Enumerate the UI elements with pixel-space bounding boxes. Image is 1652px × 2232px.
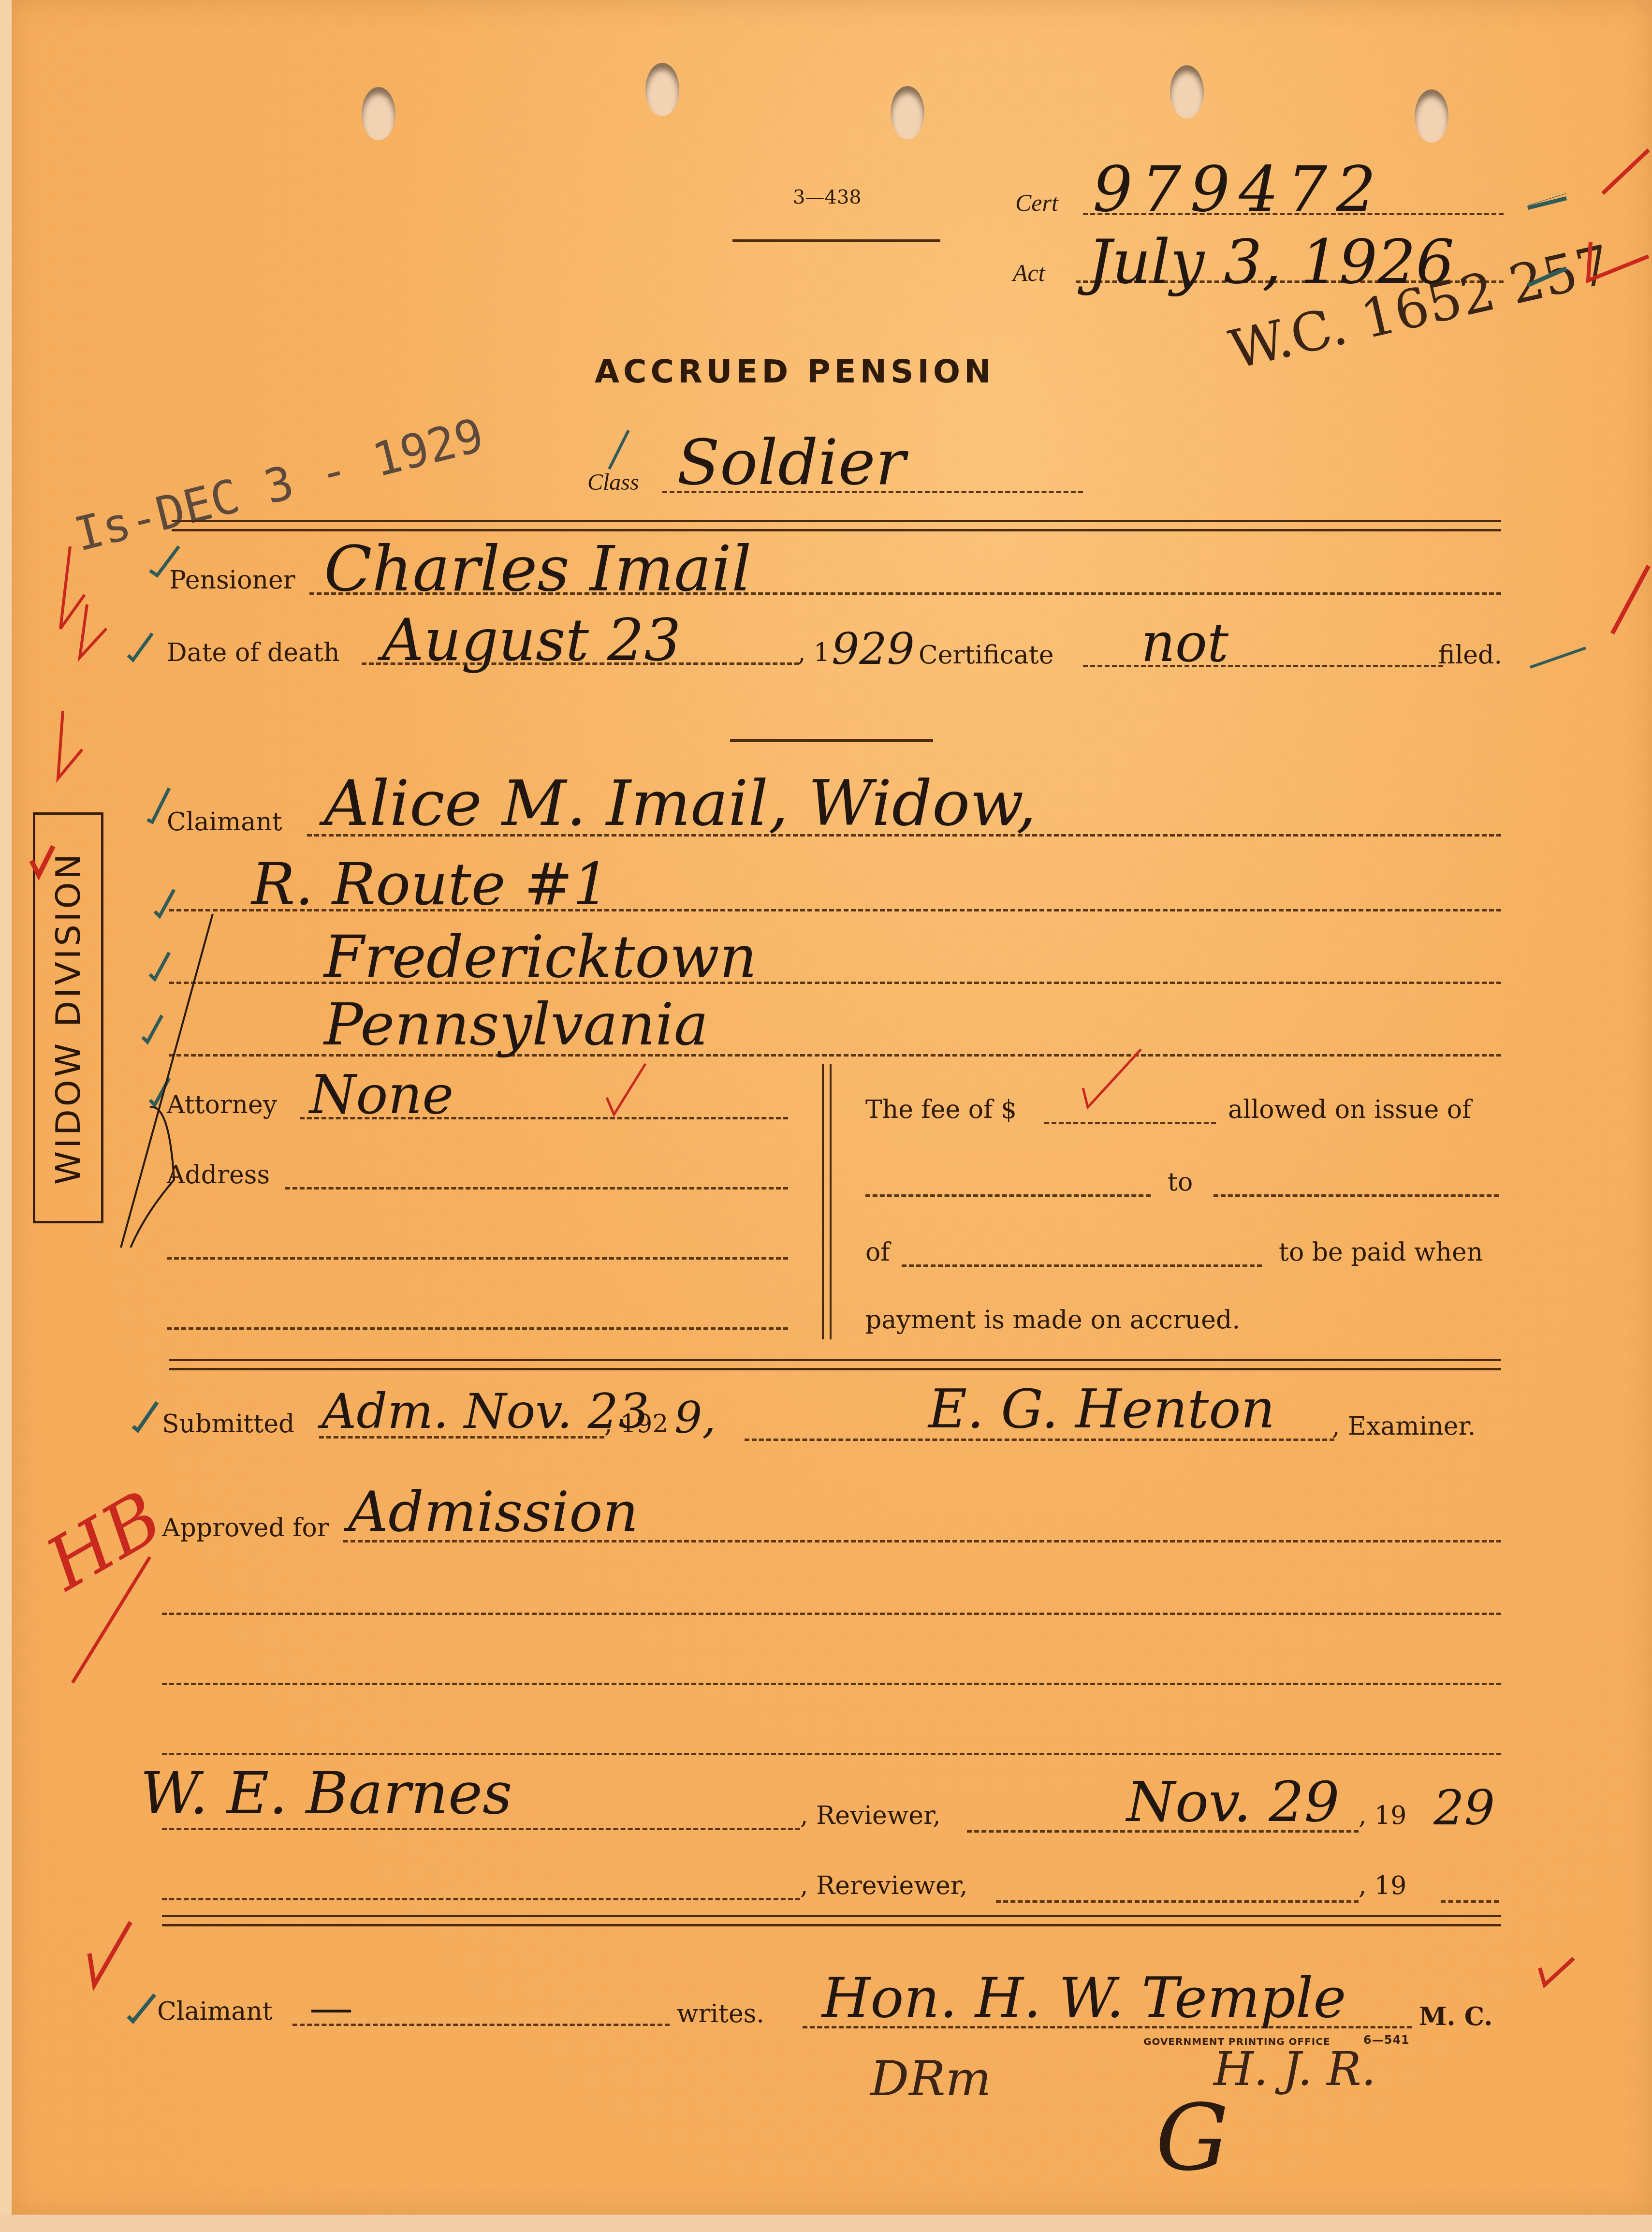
- claimant-label: Claimant: [167, 808, 282, 837]
- fee-amount-line: [1044, 1122, 1216, 1124]
- approved-line-2: [162, 1613, 1501, 1615]
- date-of-death-label: Date of death: [167, 638, 339, 667]
- red-check-icon: [46, 701, 89, 788]
- reviewer-label: , Reviewer,: [800, 1801, 941, 1830]
- submitted-value: Adm. Nov. 23: [322, 1383, 649, 1439]
- examiner-label: , Examiner.: [1332, 1412, 1476, 1441]
- punch-hole: [1170, 65, 1204, 118]
- writes-value: Hon. H. W. Temple: [822, 1966, 1346, 2030]
- attorney-address-line-3: [167, 1327, 788, 1330]
- blue-check-icon: [128, 1397, 167, 1436]
- class-value: Soldier: [677, 426, 906, 499]
- fee-text-4: payment is made on accrued.: [865, 1306, 1240, 1335]
- cert-label: Cert: [1015, 189, 1058, 217]
- attorney-address-line-1: [285, 1187, 788, 1189]
- approved-line-3: [162, 1683, 1501, 1685]
- rereviewer-label: , Rereviewer,: [800, 1871, 967, 1900]
- red-check-icon: [1605, 556, 1652, 643]
- reviewer-name-line: [162, 1828, 800, 1830]
- red-check-icon: [1076, 1044, 1148, 1117]
- fee-of-label: of: [865, 1238, 890, 1267]
- approved-line-4: [162, 1753, 1501, 1755]
- act-label: Act: [1013, 259, 1045, 287]
- widow-division-text: WIDOW DIVISION: [48, 851, 88, 1185]
- fee-text-2: allowed on issue of: [1228, 1095, 1471, 1124]
- certificate-value: not: [1141, 612, 1228, 674]
- ink-stroke: [97, 909, 222, 1257]
- claimant-address-line-3: Pennsylvania: [324, 991, 708, 1058]
- section-divider: [172, 520, 1501, 531]
- annotation-right: H. J. R.: [1213, 2043, 1376, 2096]
- submitted-label: Submitted: [162, 1410, 294, 1439]
- blue-check-icon: [599, 426, 638, 474]
- reviewer-year-suffix: 29: [1433, 1779, 1495, 1836]
- mc-label: M. C.: [1419, 2002, 1492, 2031]
- blue-check-icon: [145, 542, 184, 580]
- pensioner-label: Pensioner: [169, 566, 295, 595]
- fee-to-label: to: [1168, 1168, 1193, 1197]
- reviewer-year-prefix: , 19: [1359, 1801, 1406, 1830]
- claimant-name: Alice M. Imail, Widow,: [324, 766, 1036, 840]
- submitted-year-suffix: 9,: [674, 1393, 716, 1443]
- punch-hole: [362, 87, 395, 140]
- red-check-icon: [82, 1915, 140, 1992]
- cert-value: 979472: [1093, 152, 1385, 226]
- certificate-line: [1083, 665, 1443, 667]
- rereviewer-date-line: [996, 1900, 1359, 1903]
- claimant-address-line-1: R. Route #1: [251, 851, 610, 918]
- certificate-label: Certificate: [919, 641, 1053, 670]
- examiner-signature: E. G. Henton: [928, 1378, 1275, 1440]
- filed-label: filed.: [1438, 641, 1502, 670]
- submitted-year-prefix: , 192: [604, 1410, 668, 1439]
- footer-claimant-label: Claimant: [157, 1997, 273, 2026]
- blue-dash-icon: [1525, 643, 1593, 672]
- annotation-initial: G: [1155, 2084, 1229, 2191]
- section-divider: [169, 1359, 1501, 1370]
- red-check-icon: [1581, 237, 1652, 290]
- death-year-prefix: , 1: [798, 638, 830, 667]
- approved-label: Approved for: [162, 1513, 329, 1542]
- date-of-death-value: August 23: [382, 607, 681, 674]
- punch-hole: [645, 63, 679, 116]
- fee-issue-from-line: [865, 1194, 1151, 1197]
- attorney-value: None: [309, 1064, 453, 1126]
- annotation-left: DRm: [870, 2050, 991, 2107]
- section-divider: [162, 1915, 1501, 1926]
- fee-of-line: [902, 1264, 1262, 1267]
- footer-claimant-value: —: [309, 1982, 353, 2033]
- fee-text-1: The fee of $: [865, 1095, 1017, 1124]
- header-rule: [732, 239, 940, 242]
- punch-hole: [891, 86, 924, 139]
- approved-value: Admission: [348, 1480, 639, 1544]
- scan-border: [0, 2215, 1652, 2232]
- form-title: ACCRUED PENSION: [595, 353, 994, 390]
- red-check-icon: [27, 841, 60, 880]
- attorney-address-line-2: [167, 1257, 788, 1260]
- short-divider: [730, 739, 933, 742]
- punch-hole: [1415, 89, 1448, 143]
- approver-initials-tail: [68, 1547, 164, 1692]
- date-of-death-year: 929: [832, 624, 915, 675]
- fee-issue-to-line: [1213, 1194, 1499, 1197]
- blue-check-icon: [123, 1987, 162, 2026]
- red-check-icon: [1533, 1953, 1581, 1992]
- red-check-icon: [1595, 140, 1652, 203]
- writes-label: writes.: [677, 1999, 764, 2028]
- rereviewer-name-line: [162, 1898, 800, 1900]
- rereviewer-year-line: [1441, 1900, 1499, 1903]
- form-number: 3—438: [793, 186, 862, 208]
- attorney-divider: [822, 1064, 832, 1339]
- blue-check-icon: [123, 629, 162, 667]
- blue-dash-icon: [1523, 184, 1571, 213]
- red-check-icon: [68, 600, 111, 662]
- blue-check-icon: [143, 783, 181, 827]
- fee-text-3: to be paid when: [1279, 1238, 1483, 1267]
- reviewer-date: Nov. 29: [1126, 1770, 1340, 1835]
- blue-dash-icon: [1523, 261, 1571, 290]
- pensioner-value: Charles Imail: [324, 532, 752, 605]
- claimant-address-line-2: Fredericktown: [324, 924, 757, 991]
- reviewer-signature: W. E. Barnes: [140, 1760, 512, 1827]
- rereviewer-year: , 19: [1359, 1871, 1406, 1900]
- red-check-icon: [599, 1059, 653, 1122]
